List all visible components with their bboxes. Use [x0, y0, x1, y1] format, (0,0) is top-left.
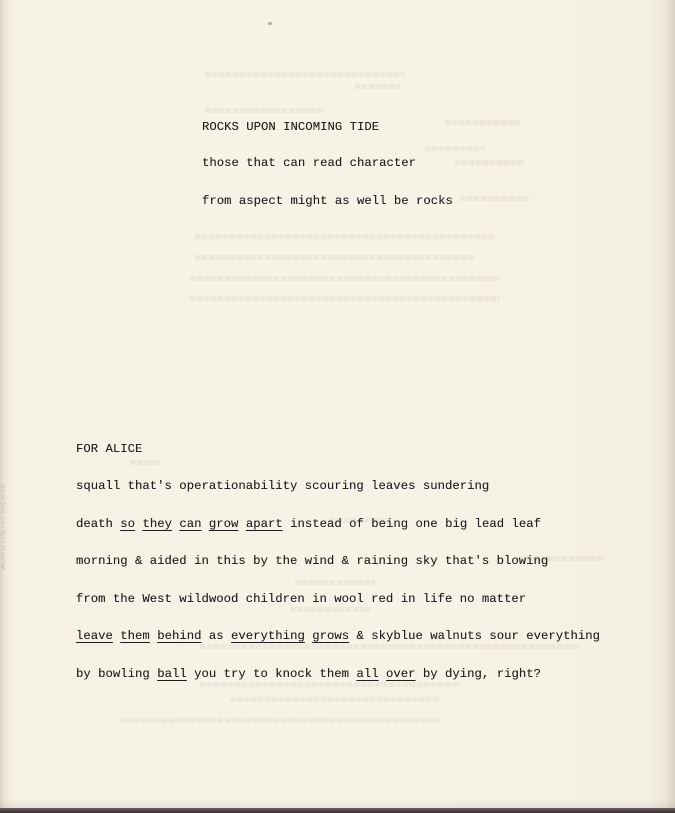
page-bottom-edge — [0, 808, 675, 813]
underlined-word: they — [142, 517, 172, 531]
underlined-word: over — [386, 667, 416, 681]
poem-line: from aspect might as well be rocks — [202, 194, 453, 208]
bleed-through-line — [205, 72, 405, 77]
bleed-through-line — [455, 160, 525, 165]
bleed-through-line — [195, 255, 475, 260]
bleed-through-line — [355, 84, 400, 89]
bleed-through-line — [200, 644, 580, 649]
bleed-through-line — [230, 697, 440, 702]
underlined-word: them — [120, 629, 150, 643]
underlined-word: behind — [157, 629, 201, 643]
bleed-through-line — [195, 234, 495, 239]
underlined-word: grows — [312, 629, 349, 643]
bleed-through-line — [130, 460, 160, 465]
poem-title: FOR ALICE — [76, 442, 142, 456]
poem-title: ROCKS UPON INCOMING TIDE — [202, 120, 379, 134]
spine-stamp-text: WORLD POETRY ARCHIVE — [1, 310, 9, 570]
poem-line: squall that's operationability scouring … — [76, 479, 489, 493]
underlined-word: all — [356, 667, 378, 681]
paper-speck — [268, 22, 272, 25]
bleed-through-line — [460, 196, 530, 201]
underlined-word: can — [179, 517, 201, 531]
underlined-word: apart — [246, 517, 283, 531]
poem-line: by bowling ball you try to knock them al… — [76, 667, 541, 681]
underlined-word: so — [120, 517, 135, 531]
underlined-word: ball — [157, 667, 187, 681]
poem-line: leave them behind as everything grows & … — [76, 629, 600, 643]
underlined-word: everything — [231, 629, 305, 643]
poem-line: from the West wildwood children in wool … — [76, 592, 526, 606]
bleed-through-line — [190, 276, 500, 281]
underlined-word: leave — [76, 629, 113, 643]
underlined-word: grow — [209, 517, 239, 531]
bleed-through-line — [295, 580, 375, 585]
bleed-through-line — [425, 146, 485, 151]
bleed-through-line — [190, 296, 500, 301]
bleed-through-line — [445, 120, 520, 125]
bleed-through-line — [200, 682, 460, 687]
poem-line: death so they can grow apart instead of … — [76, 517, 541, 531]
poem-line: morning & aided in this by the wind & ra… — [76, 554, 548, 568]
typewritten-page: WORLD POETRY ARCHIVE ROCKS UPON INCOMING… — [0, 0, 675, 808]
bleed-through-line — [290, 607, 370, 612]
poem-line: those that can read character — [202, 156, 416, 170]
bleed-through-line — [120, 718, 440, 723]
bleed-through-line — [205, 108, 325, 113]
